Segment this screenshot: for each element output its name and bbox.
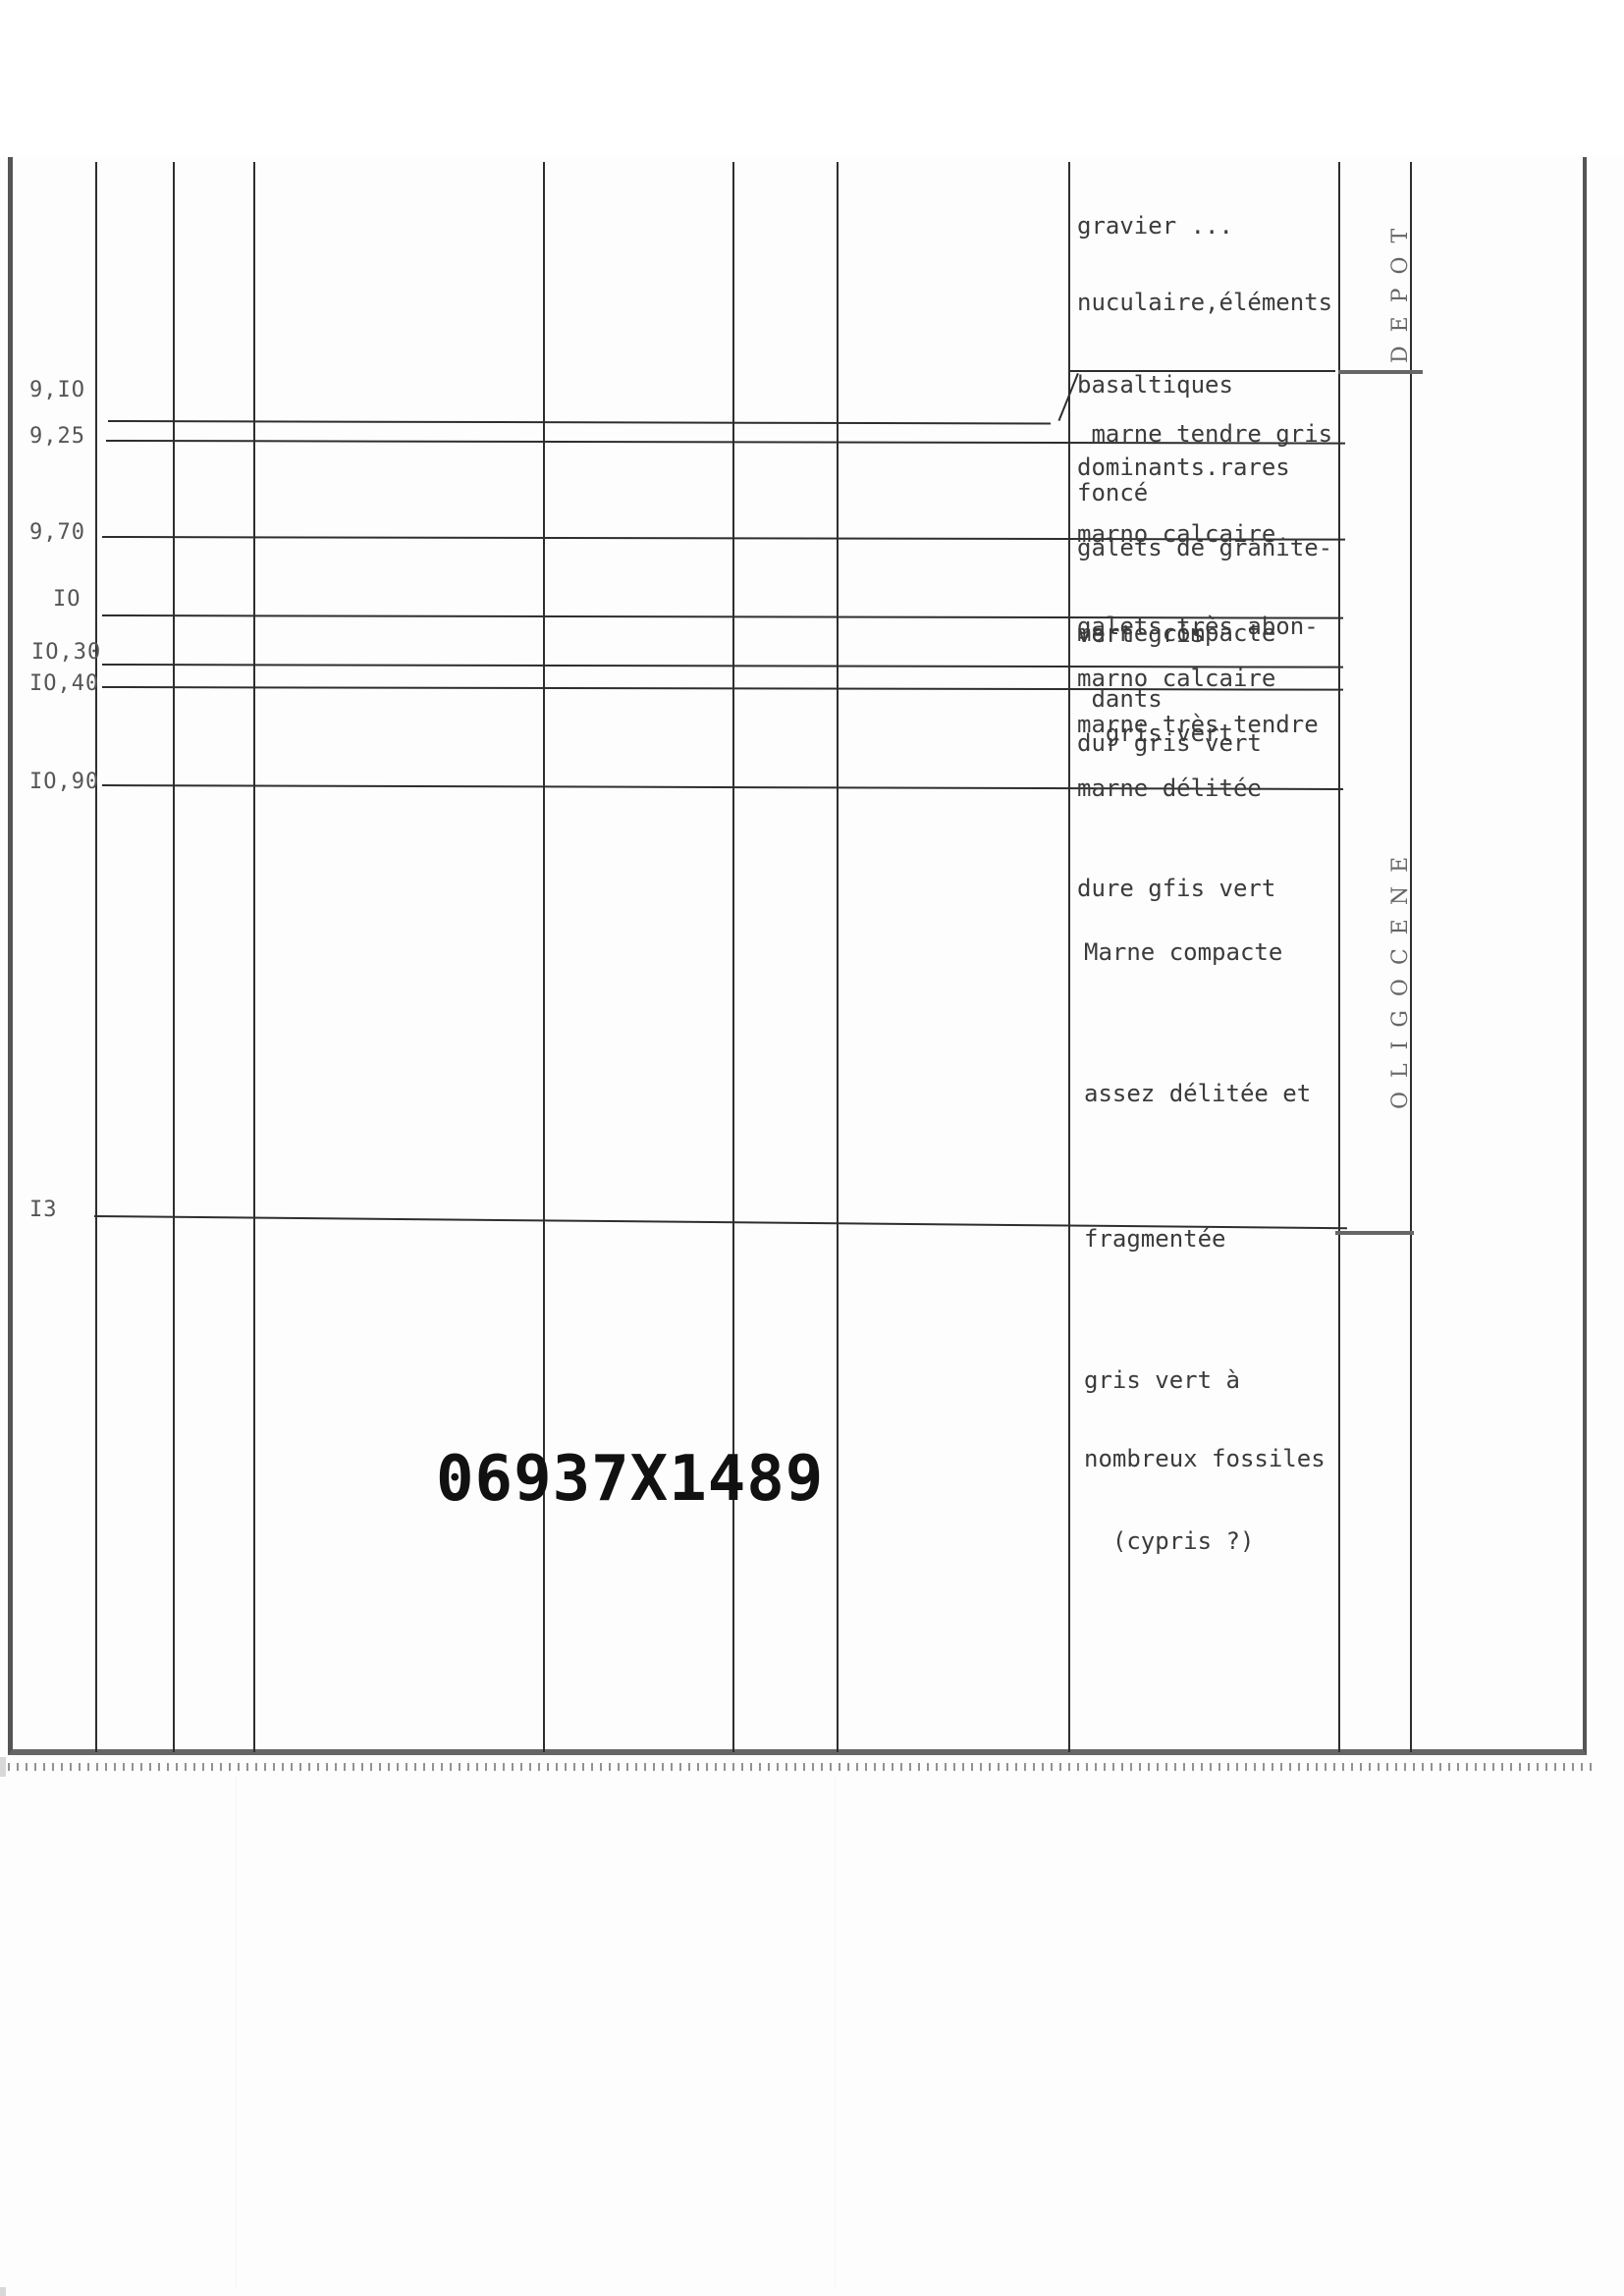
depth-label: 9,25 [29,424,85,449]
reverse-side-bleed-through [0,1777,1624,2287]
depth-label: I3 [29,1198,58,1222]
desc-line: marno calcaire [1077,517,1275,551]
desc-line [1084,1152,1326,1180]
archive-stamp-id: 06937X1489 [436,1443,824,1516]
stratigraphy-label-depot: DEPOT [1388,167,1413,363]
depth-label: IO,90 [29,770,99,794]
desc-line [1084,1011,1326,1035]
desc-line: marne tendre gris [1077,424,1332,444]
desc-line: marne délitée [1077,772,1275,805]
desc-line [1084,1298,1326,1321]
document-page: 9,IO 9,25 9,70 IO IO,30 IO,40 IO,90 I3 g… [0,0,1624,2296]
desc-line: (cypris ?) [1084,1529,1326,1553]
desc-line: gris vert à [1084,1368,1326,1392]
column-divider [253,162,255,1752]
desc-line: gravier ... [1077,213,1332,239]
depth-label: IO [53,587,81,612]
column-divider [1338,162,1340,1752]
frame-perforation-edge [8,1763,1598,1771]
boundary-depot-oligocene [1338,370,1423,374]
desc-line: nuculaire,éléments [1077,290,1332,315]
stratigraphy-label-oligocene: OLIGOCENE [1388,815,1413,1109]
desc-line: nombreux fossiles [1084,1447,1326,1470]
column-divider [837,162,839,1752]
desc-line: fragmentée [1084,1227,1326,1251]
depth-label: IO,40 [29,671,99,696]
boundary-13-strat [1335,1231,1414,1235]
column-divider [1068,162,1070,1752]
depth-label: IO,30 [31,640,101,665]
depth-label: 9,IO [29,378,85,402]
scan-top-margin [0,0,1624,157]
layer-description-10-90: Marne compacte assez délitée et fragment… [1084,893,1326,1600]
column-divider [95,162,97,1752]
depth-label: 9,70 [29,520,85,545]
column-divider [173,162,175,1752]
desc-line: Marne compacte [1084,940,1326,964]
desc-line: assez délitée et [1084,1082,1326,1105]
